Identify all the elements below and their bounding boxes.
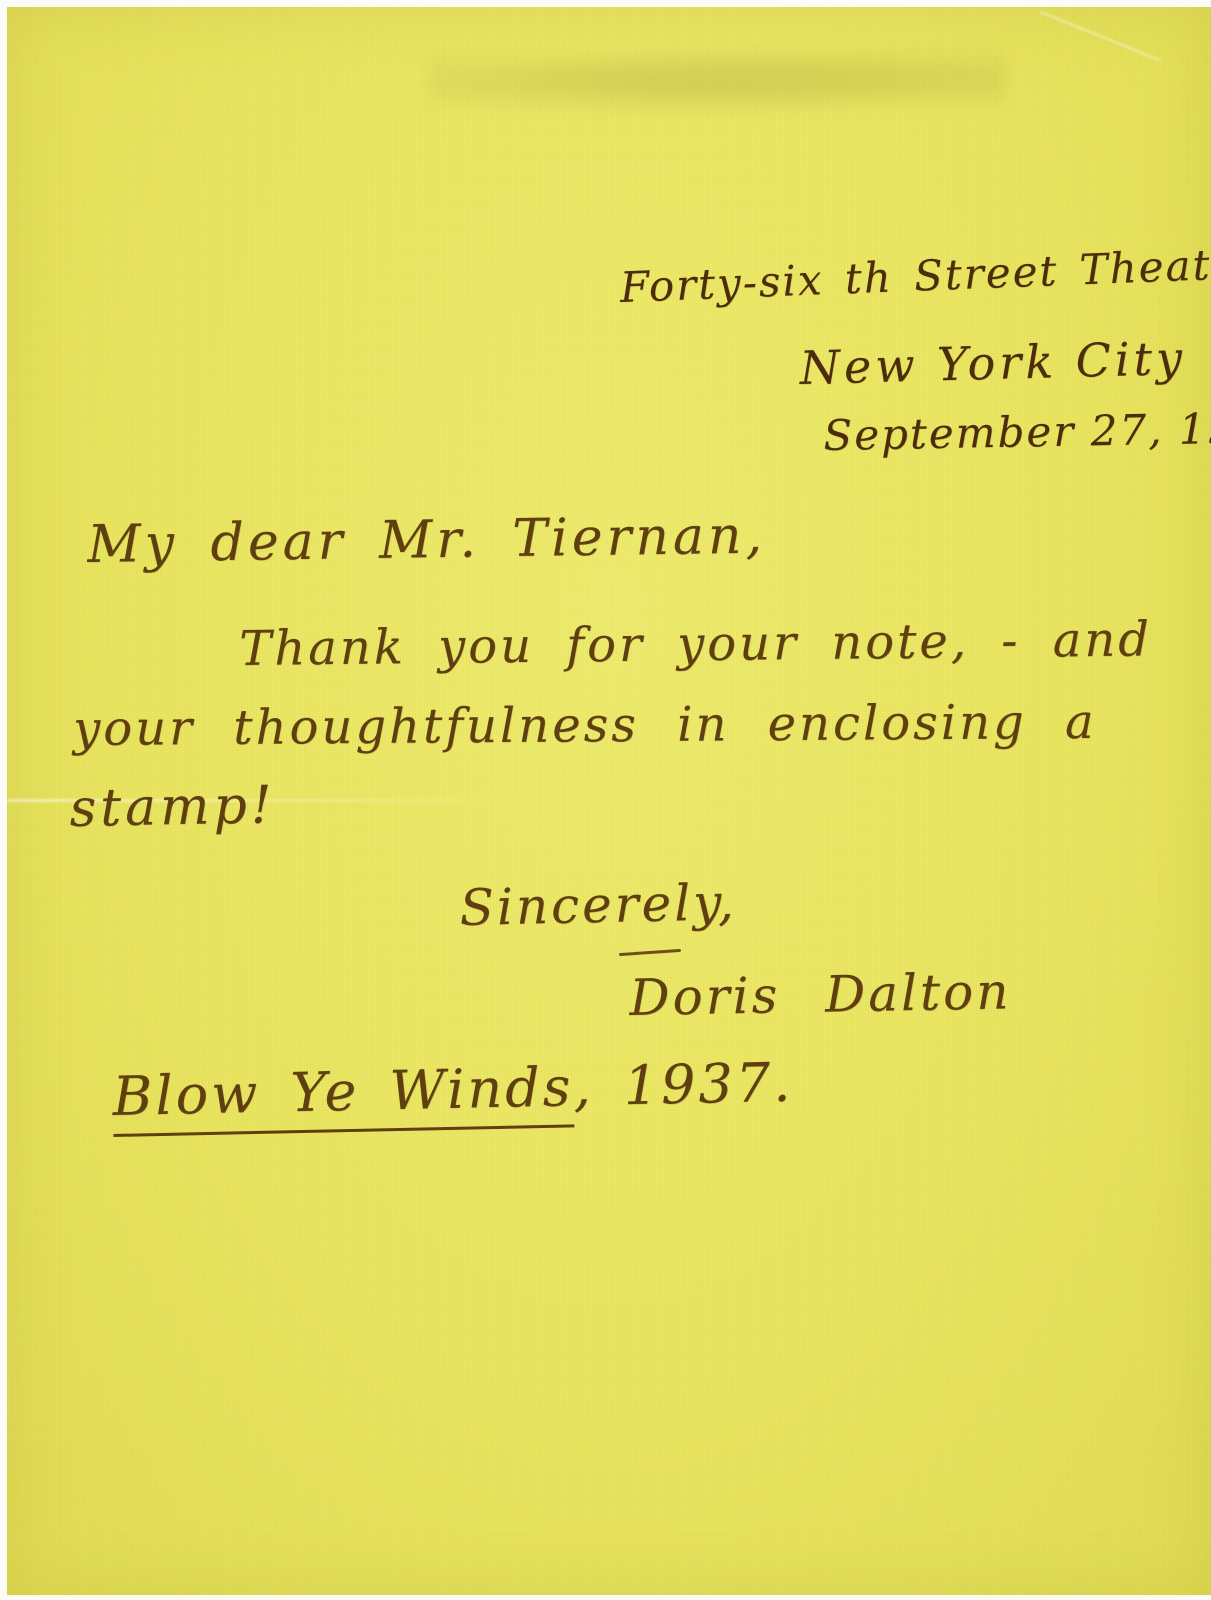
show-title-line: Blow Ye Winds, 1937.	[112, 1051, 794, 1128]
show-title-year: , 1937.	[573, 1051, 794, 1119]
heading-theatre-line: Forty-six th Street Theatre	[619, 238, 1211, 312]
heading-date-line: September 27, 1937	[823, 403, 1211, 460]
salutation-line: My dear Mr. Tiernan,	[87, 506, 766, 575]
body-line-2: your thoughtfulness in enclosing a	[73, 694, 1097, 757]
signature-doris-dalton: Doris Dalton	[629, 962, 1012, 1027]
closing-line: Sincerely,	[459, 873, 737, 937]
closing-underline-stroke	[619, 949, 681, 956]
yellow-letter-paper: Forty-six th Street Theatre New York Cit…	[7, 7, 1211, 1595]
body-line-3: stamp!	[69, 775, 276, 839]
heading-city-line: New York City	[799, 331, 1187, 395]
show-title-underlined: Blow Ye Winds	[112, 1055, 574, 1137]
letterhead-bleedthrough-mark	[427, 41, 1007, 121]
body-line-1: Thank you for your note, - and	[239, 611, 1152, 677]
scanned-letter-page: Forty-six th Street Theatre New York Cit…	[0, 0, 1211, 1600]
corner-crease	[1039, 11, 1160, 62]
